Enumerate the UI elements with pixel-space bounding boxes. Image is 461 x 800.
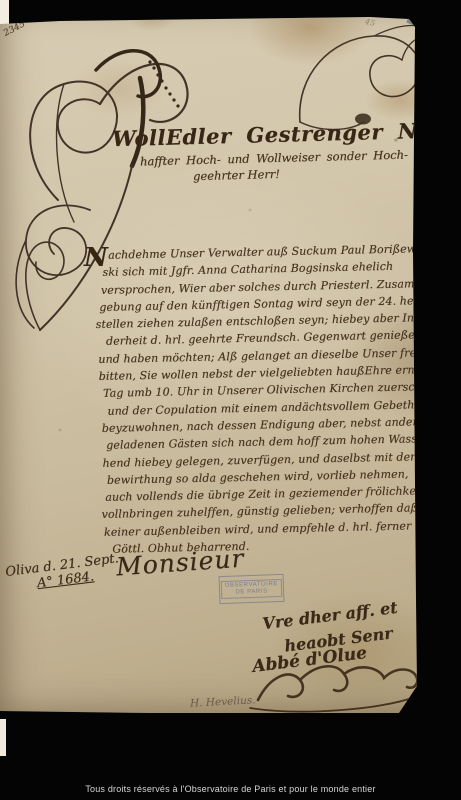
dateline: Oliva d. 21. Sept. A° 1684. [5,551,122,595]
salutation-line-2: haffter Hoch- und Wollweiser sonder Hoch… [140,147,408,168]
dotted-ornament [148,60,179,107]
letter-body: achdehme Unser Verwalter auß Suckum Paul… [94,240,434,558]
photograph-background: 2345 45 WollEdler Gestrenger Nahm̄ — haf… [0,0,461,800]
adjacent-page-sliver-bottom [0,719,6,756]
salutation-line-3: geehrter Herr! [193,167,280,183]
blue-edge-mark [406,18,414,25]
observatory-stamp: OBSERVATOIRE DE PARIS [219,574,285,604]
page-number-pencil: 45 [364,17,376,28]
salutation-line-1: WollEdler Gestrenger Nahm̄ — [112,116,461,151]
manuscript-page: 2345 45 WollEdler Gestrenger Nahm̄ — haf… [0,0,461,718]
observatory-stamp-text: OBSERVATOIRE DE PARIS [220,579,282,599]
adjacent-page-sliver-top [0,0,9,27]
copyright-notice: Tous droits réservés à l'Observatoire de… [0,784,461,794]
archivist-annotation: H. Hevelius. [190,694,256,709]
